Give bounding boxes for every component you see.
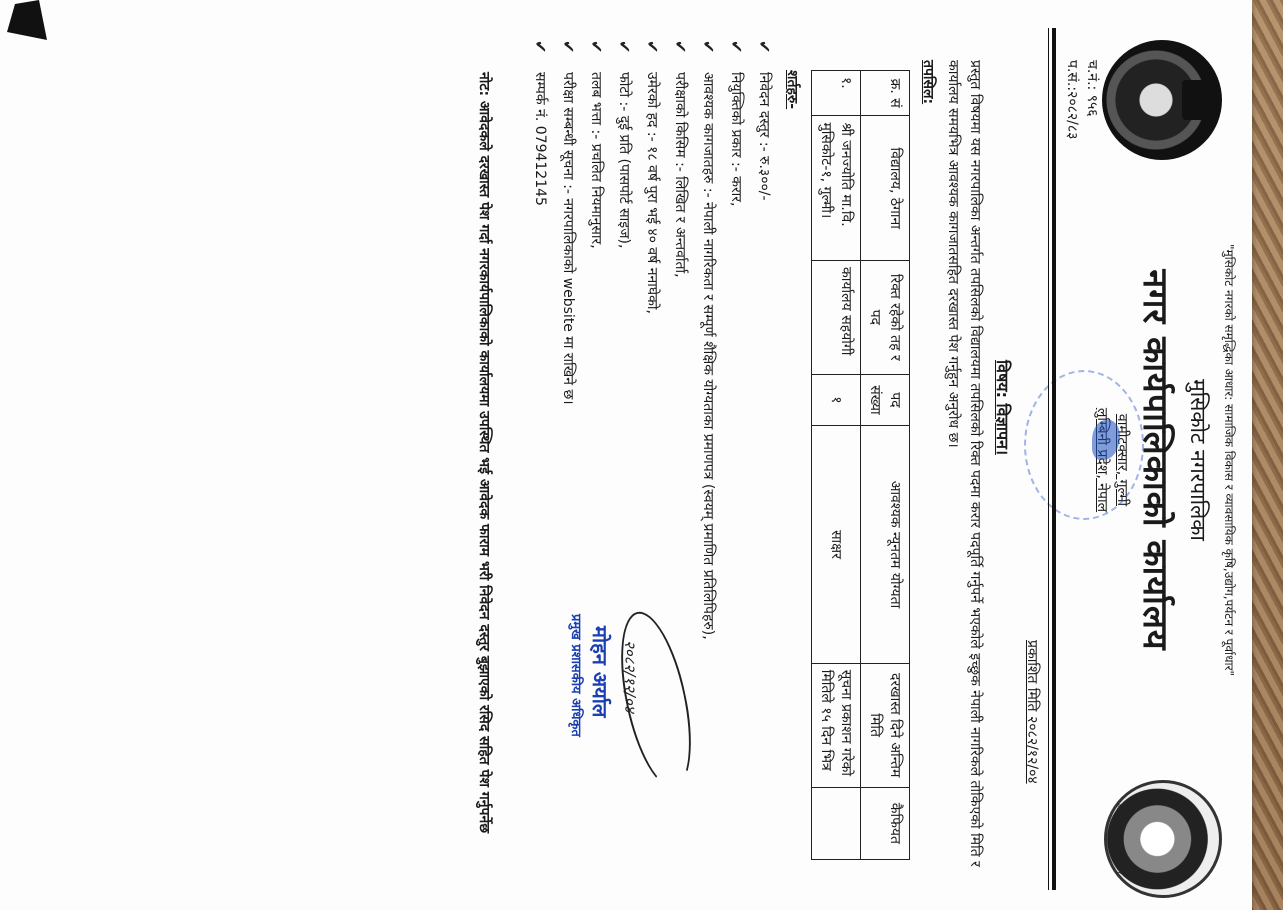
col-remarks: कैफियत [861,787,910,859]
vacancy-table: क्र. सं विद्यालय, ठेगाना रिक्त रहेको तह … [811,70,910,860]
intro-paragraph: प्रस्तुत विषयमा यस नगरपालिका अन्तर्गत तप… [942,60,986,870]
list-item: ✔आवश्यक कागजातहरु :- नेपाली नागरिकता र स… [694,40,722,860]
municipality-stamp-icon [1024,370,1144,520]
signatory-name: मोहन अर्याल [587,626,614,717]
dispatch-number: च.नं.: ९५६ [1082,60,1102,139]
cell-remarks [812,787,861,859]
list-item: ✔नियुक्तिको प्रकार :- करार, [722,40,750,860]
checkmark-bullet-icon: ✔ [526,40,554,62]
checkmark-bullet-icon: ✔ [638,40,666,62]
col-sn: क्र. सं [861,71,910,116]
checkmark-bullet-icon: ✔ [610,40,638,62]
municipality-name: मुसिकोट नगरपालिका [1184,200,1212,720]
published-date: प्रकाशित मिति २०८२/१२/०४ [1023,640,1042,784]
table-row: १. श्री जनज्योति मा.वि. मुसिकोट-१, गुल्म… [812,71,861,860]
footer-note: नोट: आवेदकले दरखास्त पेश गर्दा नगरकार्यप… [472,72,496,872]
table-header-row: क्र. सं विद्यालय, ठेगाना रिक्त रहेको तह … [861,71,910,860]
list-item: ✔सम्पर्क नं. 079412145 [526,40,554,860]
col-deadline: दरखास्त दिने अन्तिम मिति [861,663,910,787]
details-heading: तपसिल: [919,60,938,104]
cell-count: १ [812,374,861,426]
col-school: विद्यालय, ठेगाना [861,116,910,261]
checkmark-bullet-icon: ✔ [750,40,778,62]
signatory-title: प्रमुख प्रशासकीय अधिकृत [568,614,586,737]
header-motto: "मुसिकोट नगरको समृद्धिका आधार: सामाजिक व… [1221,120,1238,800]
checkmark-bullet-icon: ✔ [694,40,722,62]
subject-line: विषय: विज्ञापन। [992,360,1014,455]
checkmark-bullet-icon: ✔ [554,40,582,62]
cell-school: श्री जनज्योति मा.वि. मुसिकोट-१, गुल्मी। [812,116,861,261]
cell-deadline: सूचना प्रकाशन गरेको मितिले १५ दिन भित्र [812,663,861,787]
signature-date: २०८२/१२/०४ [620,640,640,713]
nepal-emblem-icon [1102,40,1222,160]
cell-qualification: साक्षर [812,426,861,664]
cell-post: कार्यालय सहयोगी [812,261,861,375]
signature-block: २०८२/१२/०४ मोहन अर्याल प्रमुख प्रशासकीय … [552,600,692,800]
reference-numbers: च.नं.: ९५६ प.सं.:२०८२/८३ [1062,60,1102,139]
col-post: रिक्त रहेको तह र पद [861,261,910,375]
checkmark-bullet-icon: ✔ [722,40,750,62]
letter-number: प.सं.:२०८२/८३ [1062,60,1082,139]
ink-blot-mark [7,0,47,40]
checkmark-bullet-icon: ✔ [582,40,610,62]
header-divider-thick [1052,28,1056,890]
checkmark-bullet-icon: ✔ [666,40,694,62]
notice-page: "मुसिकोट नगरको समृद्धिका आधार: सामाजिक व… [0,0,1252,910]
conditions-heading: शर्तहरु- [783,70,802,109]
cell-sn: १. [812,71,861,116]
header-divider-thin [1048,28,1049,890]
list-item: ✔निवेदन दस्तुर :- रु.३००/- [750,40,778,860]
musikot-municipality-logo-icon [1104,780,1222,898]
col-count: पद संख्या [861,374,910,426]
col-qualification: आवश्यक न्यूनतम योग्यता [861,426,910,664]
